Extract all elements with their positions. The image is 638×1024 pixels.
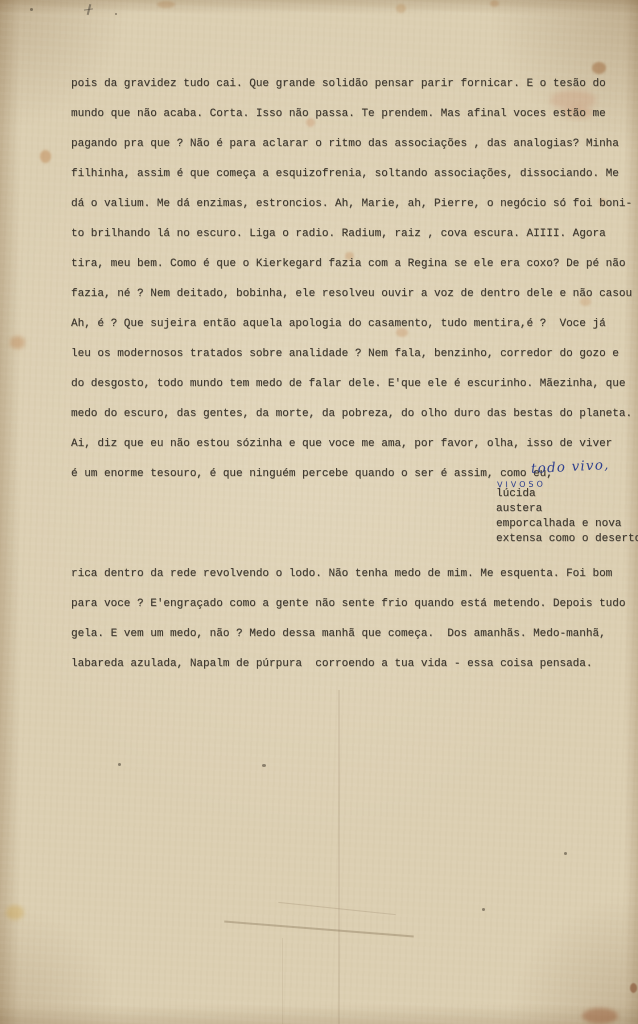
typed-line: Ai, diz que eu não estou sózinha e que v… xyxy=(71,429,638,459)
typed-column-line: emporcalhada e nova xyxy=(496,517,638,532)
typed-line: filhinha, assim é que começa a esquizofr… xyxy=(71,159,638,189)
typed-line: Ah, é ? Que sujeira então aquela apologi… xyxy=(71,309,638,339)
typed-line: medo do escuro, das gentes, da morte, da… xyxy=(71,399,638,429)
paper-stain xyxy=(582,1008,618,1024)
typed-line: tira, meu bem. Como é que o Kierkegard f… xyxy=(71,249,638,279)
paper-stain xyxy=(6,905,24,920)
typed-line: pagando pra que ? Não é para aclarar o r… xyxy=(71,129,638,159)
typed-line: to brilhando lá no escuro. Liga o radio.… xyxy=(71,219,638,249)
ink-speck xyxy=(262,764,266,767)
typed-word-column: lúcida austera emporcalhada e nova exten… xyxy=(496,487,638,547)
manuscript-page: pois da gravidez tudo cai. Que grande so… xyxy=(0,0,638,1024)
typed-line: dá o valium. Me dá enzimas, estroncios. … xyxy=(71,189,638,219)
typed-column-line: extensa como o deserto xyxy=(496,532,638,547)
typed-line: labareda azulada, Napalm de púrpura corr… xyxy=(71,649,638,679)
ink-speck xyxy=(118,763,121,766)
crease-scratch xyxy=(224,921,414,937)
typed-column-line: austera xyxy=(496,502,638,517)
typed-paragraph-1: pois da gravidez tudo cai. Que grande so… xyxy=(71,69,638,489)
paper-stain xyxy=(396,4,406,13)
typed-line: fazia, né ? Nem deitado, bobinha, ele re… xyxy=(71,279,638,309)
crease-scratch xyxy=(278,902,395,915)
pen-mark xyxy=(84,4,93,15)
paper-stain xyxy=(630,983,637,993)
typed-line: mundo que não acaba. Corta. Isso não pas… xyxy=(71,99,638,129)
crease-line xyxy=(338,690,340,1024)
ink-speck xyxy=(564,852,567,855)
paper-stain xyxy=(157,1,175,8)
ink-speck xyxy=(482,908,485,911)
typed-line: gela. E vem um medo, não ? Medo dessa ma… xyxy=(71,619,638,649)
typed-line: para voce ? E'engraçado como a gente não… xyxy=(71,589,638,619)
typed-line: pois da gravidez tudo cai. Que grande so… xyxy=(71,69,638,99)
typed-column-line: lúcida xyxy=(496,487,638,502)
paper-stain xyxy=(40,150,51,163)
typed-paragraph-2: rica dentro da rede revolvendo o lodo. N… xyxy=(71,559,638,679)
crease-line xyxy=(282,938,283,1024)
ink-speck xyxy=(30,8,33,11)
typed-line: rica dentro da rede revolvendo o lodo. N… xyxy=(71,559,638,589)
typed-line: do desgosto, todo mundo tem medo de fala… xyxy=(71,369,638,399)
paper-stain xyxy=(10,336,25,349)
ink-speck xyxy=(115,13,117,15)
paper-stain xyxy=(490,0,499,7)
typed-line: leu os modernosos tratados sobre analida… xyxy=(71,339,638,369)
